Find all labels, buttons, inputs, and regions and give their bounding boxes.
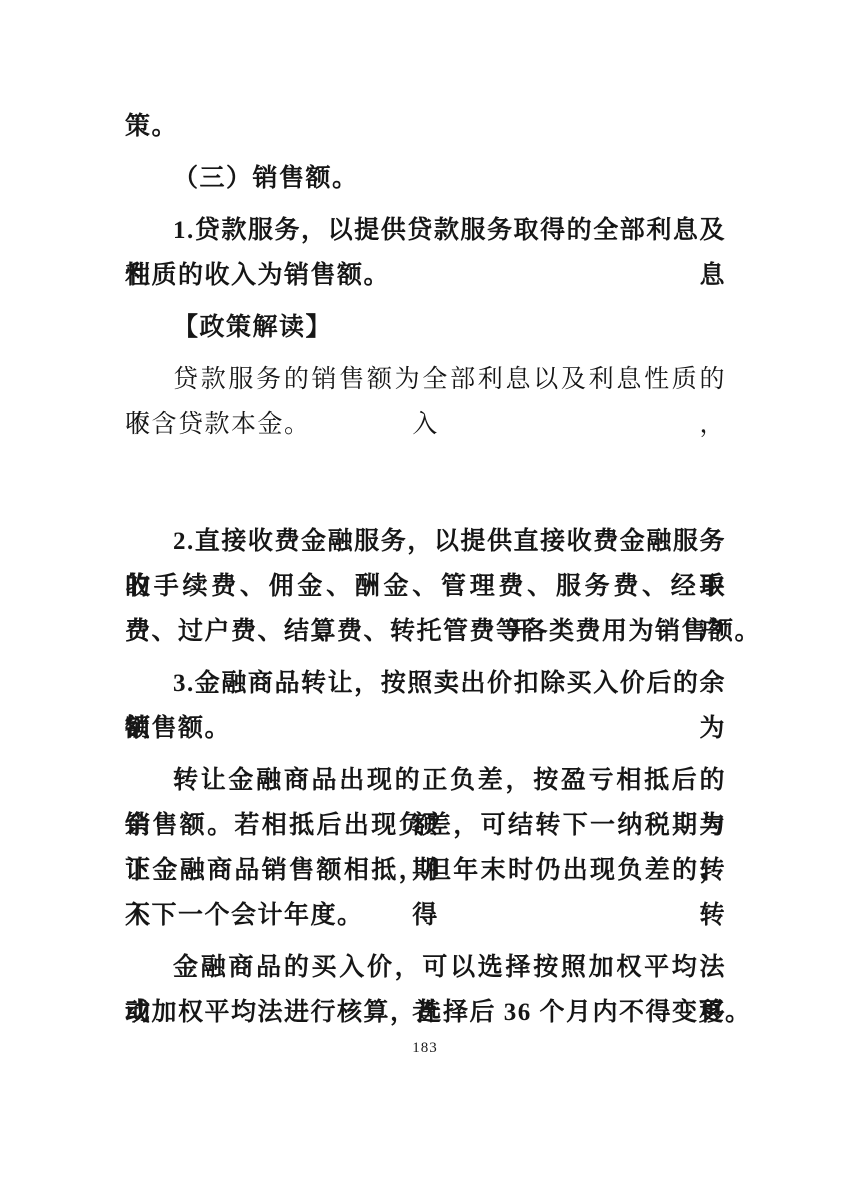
continuation-line: 策。 [125, 104, 726, 149]
text-line: 让金融商品销售额相抵，但年末时仍出现负差的，不得转 [125, 848, 726, 893]
text-line: 动加权平均法进行核算，选择后 36 个月内不得变更。 [125, 990, 726, 1035]
section-heading: （三）销售额。 [125, 156, 726, 201]
text-line: 金融商品的买入价，可以选择按照加权平均法或者移 [125, 945, 726, 990]
text-line: 费、过户费、结算费、转托管费等各类费用为销售额。 [125, 609, 726, 654]
policy-interpretation-body: 贷款服务的销售额为全部利息以及利息性质的收入，不含贷款本金。 [125, 357, 726, 447]
text-line: 【政策解读】 [125, 305, 726, 350]
text-line: 1.贷款服务，以提供贷款服务取得的全部利息及利息 [125, 208, 726, 253]
text-line: 策。 [125, 104, 726, 149]
text-line: 3.金融商品转让，按照卖出价扣除买入价后的余额为 [125, 661, 726, 706]
document-content: 策。（三）销售额。1.贷款服务，以提供贷款服务取得的全部利息及利息性质的收入为销… [125, 104, 726, 1042]
document-page: 策。（三）销售额。1.贷款服务，以提供贷款服务取得的全部利息及利息性质的收入为销… [0, 0, 850, 1202]
purchase-price-paragraph: 金融商品的买入价，可以选择按照加权平均法或者移动加权平均法进行核算，选择后 36… [125, 945, 726, 1035]
policy-interpretation-heading: 【政策解读】 [125, 305, 726, 350]
text-line: 转让金融商品出现的正负差，按盈亏相抵后的余额为 [125, 758, 726, 803]
text-line: 销售额。若相抵后出现负差，可结转下一纳税期与下期转 [125, 803, 726, 848]
page-number: 183 [0, 1040, 850, 1057]
item-3-financial-product-transfer: 3.金融商品转让，按照卖出价扣除买入价后的余额为销售额。 [125, 661, 726, 751]
transfer-balance-paragraph: 转让金融商品出现的正负差，按盈亏相抵后的余额为销售额。若相抵后出现负差，可结转下… [125, 758, 726, 938]
text-line: （三）销售额。 [125, 156, 726, 201]
item-2-direct-fee-financial-services: 2.直接收费金融服务，以提供直接收费金融服务收取的手续费、佣金、酬金、管理费、服… [125, 519, 726, 654]
text-line: 2.直接收费金融服务，以提供直接收费金融服务收取 [125, 519, 726, 564]
item-1-loan-services: 1.贷款服务，以提供贷款服务取得的全部利息及利息性质的收入为销售额。 [125, 208, 726, 298]
text-line: 贷款服务的销售额为全部利息以及利息性质的收入， [125, 357, 726, 402]
text-line: 的手续费、佣金、酬金、管理费、服务费、经手费、开户 [125, 564, 726, 609]
